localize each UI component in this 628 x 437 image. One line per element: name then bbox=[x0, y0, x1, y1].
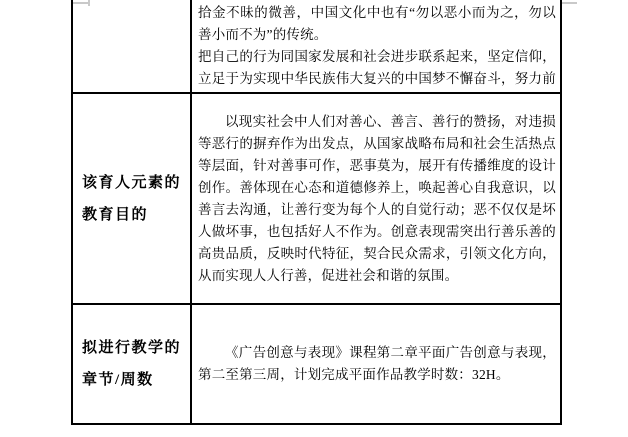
table-row-continued: 拾金不昧的微善，中国文化中也有“勿以恶小而为之，勿以善小而不为”的传统。 把自己… bbox=[73, 0, 560, 92]
content-text: 《广告创意与表现》课程第二章平面广告创意与表现，第二至第三周，计划完成平面作品教… bbox=[198, 342, 556, 386]
table-row-education-purpose: 该育人元素的 教育目的 以现实社会中人们对善心、善言、善行的赞扬，对违损等恶行的… bbox=[73, 92, 560, 303]
paragraph: 《广告创意与表现》课程第二章平面广告创意与表现，第二至第三周，计划完成平面作品教… bbox=[198, 342, 556, 386]
table-row-teaching-schedule: 拟进行教学的 章节/周数 《广告创意与表现》课程第二章平面广告创意与表现，第二至… bbox=[73, 303, 560, 423]
row-label-line: 该育人元素的 bbox=[82, 173, 190, 193]
row-label-line: 拟进行教学的 bbox=[82, 338, 190, 358]
content-text: 拾金不昧的微善，中国文化中也有“勿以恶小而为之，勿以善小而不为”的传统。 把自己… bbox=[198, 2, 556, 92]
label-cell-empty bbox=[73, 0, 192, 92]
paragraph: 以现实社会中人们对善心、善言、善行的赞扬，对违损等恶行的摒弃作为出发点，从国家战… bbox=[198, 111, 556, 287]
content-cell-teaching-schedule: 《广告创意与表现》课程第二章平面广告创意与表现，第二至第三周，计划完成平面作品教… bbox=[192, 305, 560, 423]
content-text: 以现实社会中人们对善心、善言、善行的赞扬，对违损等恶行的摒弃作为出发点，从国家战… bbox=[198, 111, 556, 287]
content-cell-education-purpose: 以现实社会中人们对善心、善言、善行的赞扬，对违损等恶行的摒弃作为出发点，从国家战… bbox=[192, 94, 560, 303]
gridline-artifact-right bbox=[561, 2, 577, 4]
course-plan-table: 拾金不昧的微善，中国文化中也有“勿以恶小而为之，勿以善小而不为”的传统。 把自己… bbox=[71, 0, 562, 425]
paragraph: 把自己的行为同国家发展和社会进步联系起来，坚定信仰，立足于为实现中华民族伟大复兴… bbox=[198, 46, 556, 92]
row-label-line: 章节/周数 bbox=[82, 370, 190, 390]
paragraph: 拾金不昧的微善，中国文化中也有“勿以恶小而为之，勿以善小而不为”的传统。 bbox=[198, 2, 556, 46]
label-cell-education-purpose: 该育人元素的 教育目的 bbox=[73, 94, 192, 303]
label-cell-teaching-schedule: 拟进行教学的 章节/周数 bbox=[73, 305, 192, 423]
content-cell-continued: 拾金不昧的微善，中国文化中也有“勿以恶小而为之，勿以善小而不为”的传统。 把自己… bbox=[192, 0, 560, 92]
row-label-line: 教育目的 bbox=[82, 205, 190, 225]
document-page: 拾金不昧的微善，中国文化中也有“勿以恶小而为之，勿以善小而不为”的传统。 把自己… bbox=[0, 0, 628, 437]
